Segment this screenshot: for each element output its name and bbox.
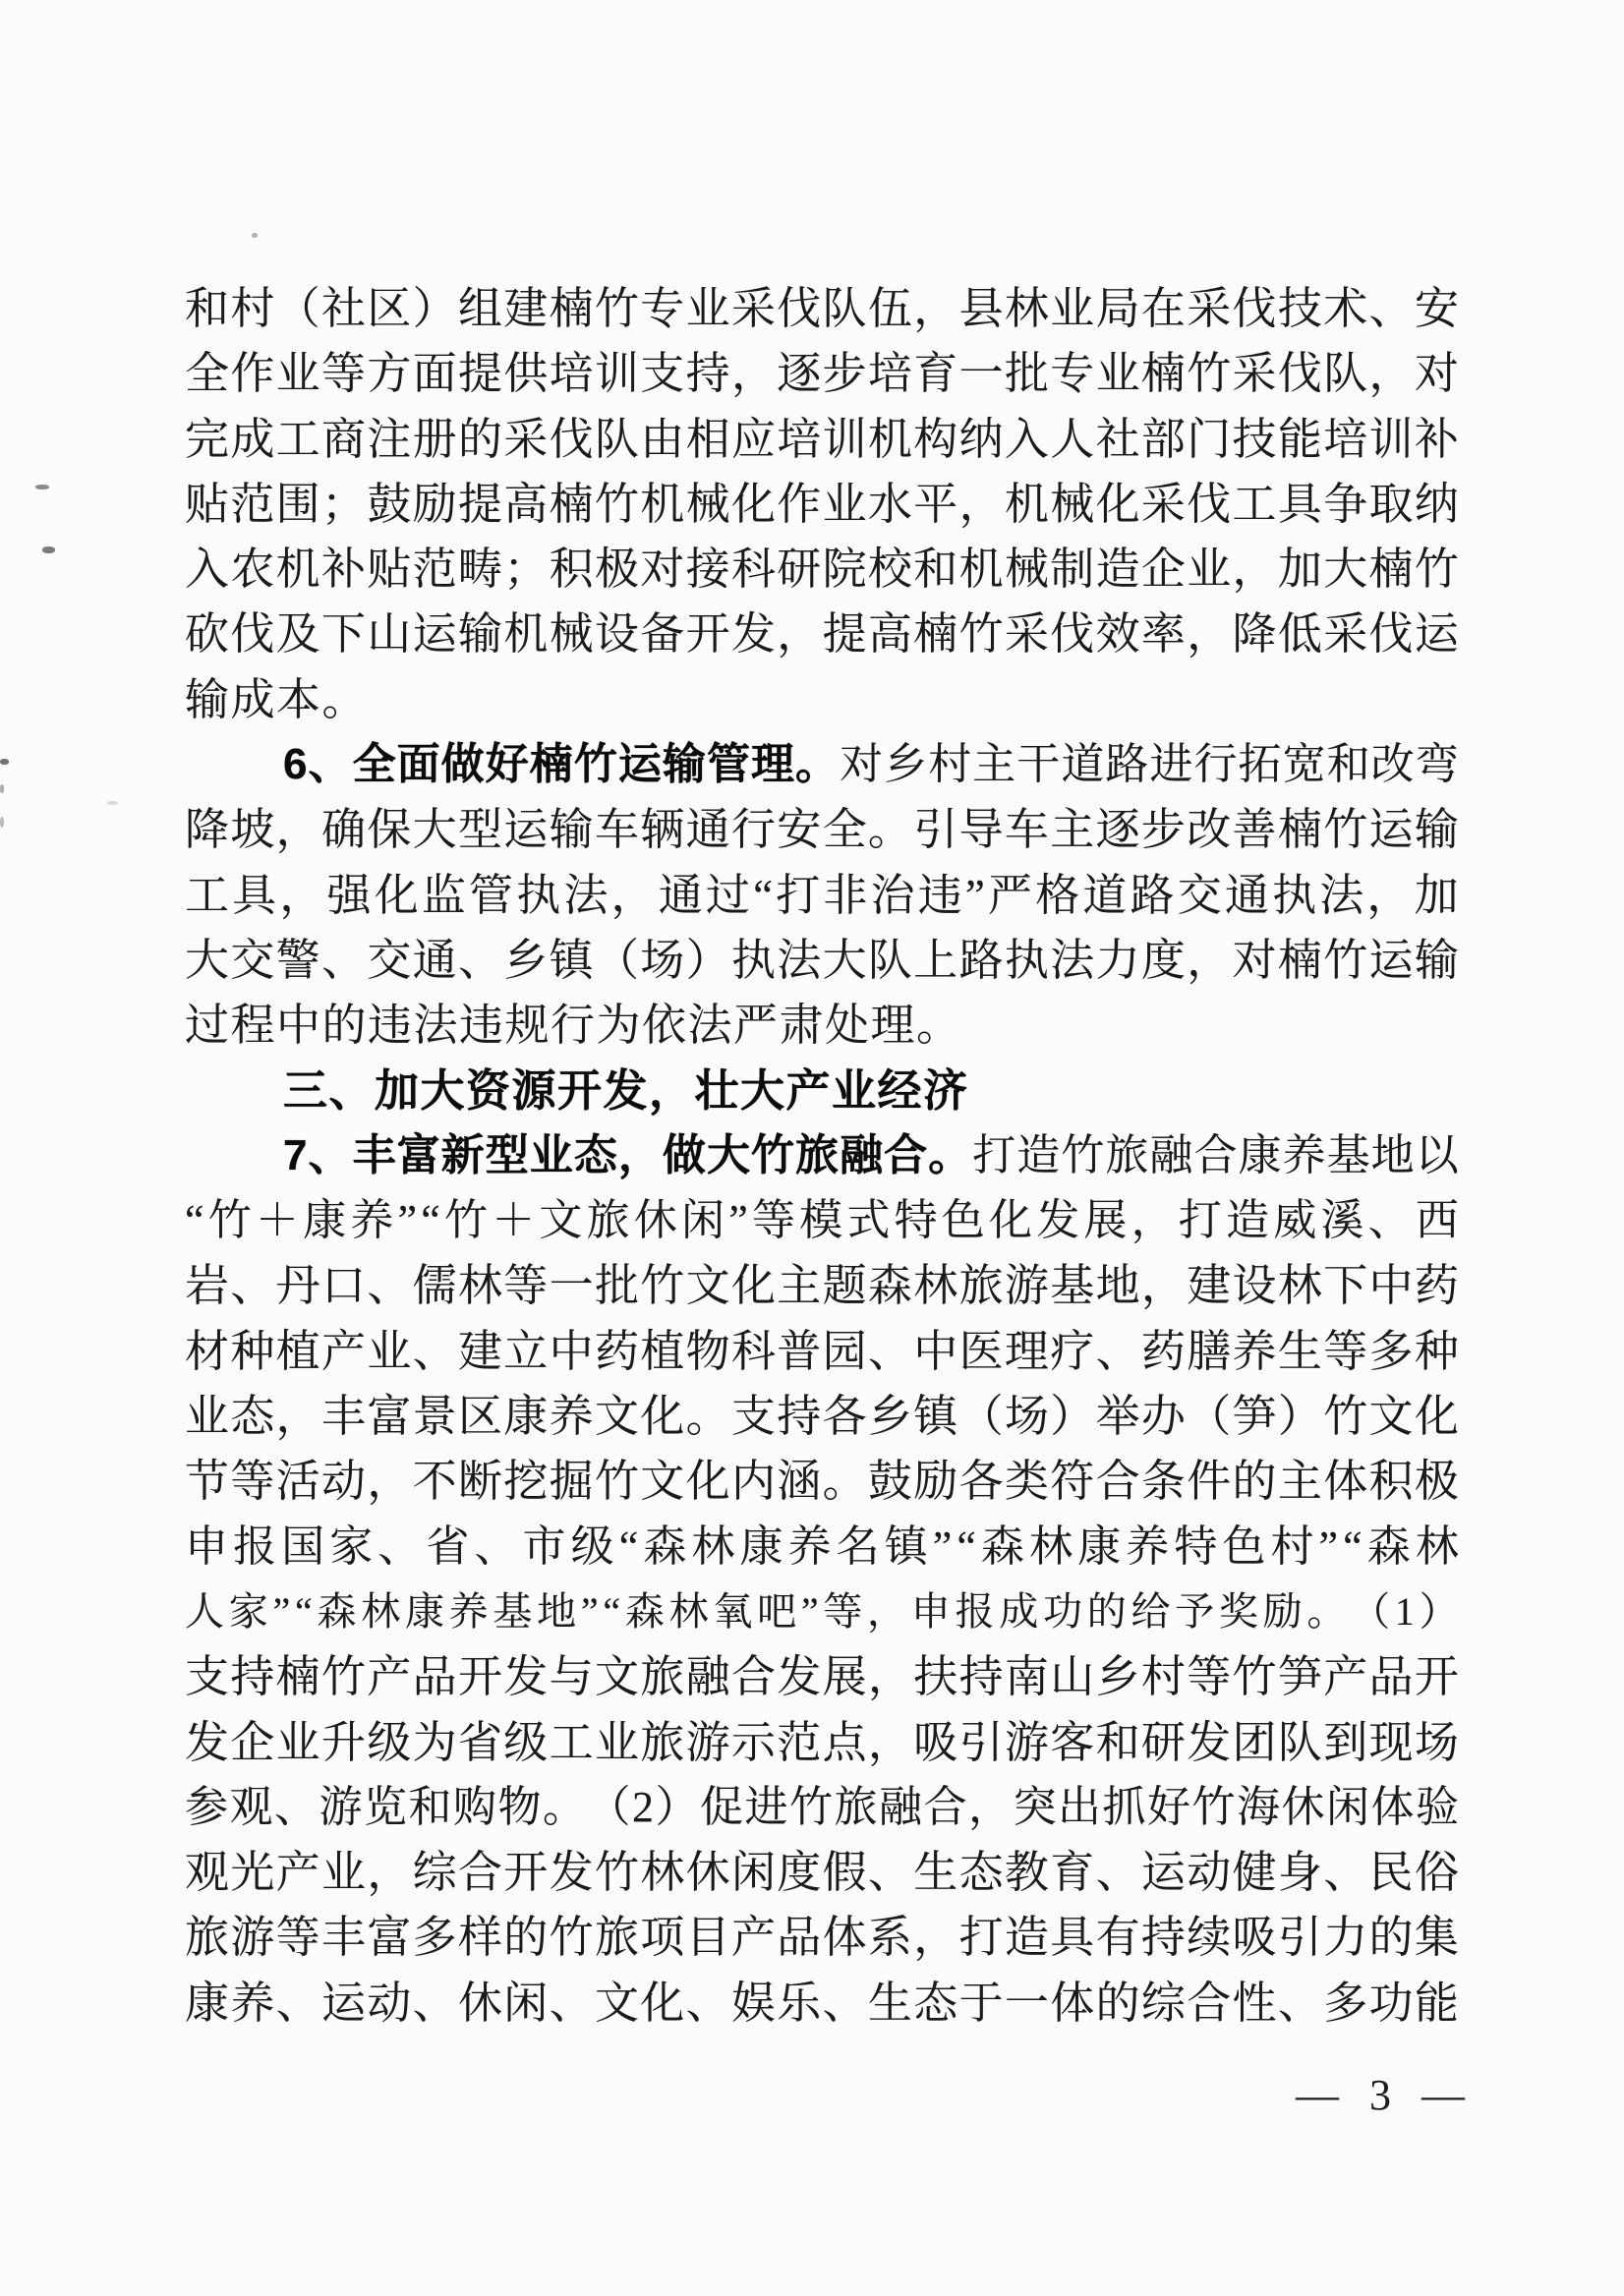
character: 队: [595, 407, 639, 472]
character: 农: [230, 537, 274, 602]
character: 开: [1415, 1644, 1459, 1709]
character: 竹: [959, 602, 1004, 666]
character: 加: [1415, 863, 1459, 928]
text-line: 人家”“森林康养基地”“森林氧吧”等，申报成功的给予奖励。（1）: [185, 1579, 1459, 1644]
character: ，: [279, 863, 323, 928]
character: 方: [367, 341, 411, 406]
character: 医: [959, 1319, 1004, 1384]
character: 设: [595, 602, 639, 666]
character: 具: [1050, 1905, 1094, 1970]
character: 步: [1141, 797, 1186, 862]
character: “: [957, 1515, 976, 1579]
character: 竹: [321, 1644, 366, 1709]
character: 竹: [1323, 928, 1367, 993]
character: 生: [913, 1840, 957, 1905]
character: 等: [1187, 1644, 1231, 1709]
character: ，: [959, 472, 1004, 537]
character: 运: [321, 1971, 366, 2036]
text-line: 入农机补贴范畴；积极对接科研院校和机械制造企业，加大楠竹: [185, 537, 1459, 602]
character: 械: [1005, 537, 1049, 602]
character: 专: [1050, 341, 1094, 406]
character: 范: [413, 537, 457, 602]
character: 高: [868, 602, 912, 666]
character: 级: [503, 1710, 548, 1775]
character: 化: [640, 1384, 684, 1449]
character: 一: [959, 341, 1004, 406]
character: 降: [1233, 602, 1277, 666]
character: 观: [185, 1840, 229, 1905]
document-body: 和村（社区）组建楠竹专业采伐队伍，县林业局在采伐技术、安全作业等方面提供培训支持…: [185, 276, 1459, 2036]
character: 家: [229, 1579, 268, 1644]
character: 。: [686, 1384, 730, 1449]
character: 游: [686, 1710, 730, 1775]
character: 采: [1233, 341, 1277, 406]
character: 业: [1050, 276, 1094, 341]
text-line: 降坡，确保大型运输车辆通行安全。引导车主逐步改善楠竹运输: [185, 797, 1459, 862]
character: 样: [458, 1905, 502, 1970]
character: 等: [230, 1449, 274, 1514]
character: 持: [1141, 1905, 1186, 1970]
character: 林: [669, 1579, 709, 1644]
character: 、: [230, 1253, 274, 1318]
character: 竹: [595, 1840, 639, 1905]
character: 输: [1415, 797, 1459, 862]
character: 养: [1126, 1515, 1169, 1579]
character: 竹: [1323, 1384, 1367, 1449]
character: 造: [1005, 1905, 1049, 1970]
character: 和: [185, 276, 229, 341]
character: 竹: [444, 1188, 488, 1253]
character: 文: [1369, 1384, 1414, 1449]
character: 县: [959, 276, 1004, 341]
bold-text-segment: 三、加大资源开发，壮大产业经济: [283, 1065, 969, 1116]
character: 笋: [1233, 1384, 1277, 1449]
character: 观: [230, 1775, 273, 1840]
character: 申: [185, 1515, 228, 1579]
character: 内: [731, 1449, 776, 1514]
character: 持: [686, 341, 730, 406]
character: 法: [777, 928, 821, 993]
character: 色: [1222, 1515, 1265, 1579]
character: 格: [1035, 863, 1079, 928]
character: 、: [413, 1971, 457, 2036]
character: 通: [659, 863, 703, 928]
character: 畴: [458, 537, 502, 602]
character: 严: [988, 863, 1032, 928]
bold-character: 管: [707, 732, 750, 797]
character: 院: [823, 537, 867, 602]
character: 1: [1395, 1579, 1415, 1644]
character: 团: [1233, 1710, 1277, 1775]
character: 题: [823, 1253, 867, 1318]
character: 客: [1050, 1710, 1094, 1775]
character: 机: [959, 537, 1004, 602]
character: 、: [474, 1515, 517, 1579]
character: 吸: [913, 1710, 957, 1775]
text-line: 砍伐及下山运输机械设备开发，提高楠竹采伐效率，降低采伐运: [185, 602, 1459, 666]
character: 多: [413, 1905, 457, 1970]
character: 不: [413, 1449, 457, 1514]
character: 由: [640, 407, 684, 472]
text-line: 完成工商注册的采伐队由相应培训机构纳入人社部门技能培训补: [185, 407, 1459, 472]
character: 育: [913, 341, 957, 406]
character: 森: [643, 1515, 686, 1579]
scan-speck: [0, 759, 9, 765]
character: 鼓: [868, 1449, 912, 1514]
character: 伐: [550, 407, 594, 472]
bold-character: 合: [884, 1123, 927, 1188]
character: 特: [895, 1188, 938, 1253]
character: 发: [777, 1644, 821, 1709]
character: 品: [1369, 1644, 1414, 1709]
character: 械: [1050, 472, 1094, 537]
character: 动: [1187, 1840, 1231, 1905]
character: （: [1351, 1579, 1390, 1644]
character: 闲: [731, 1840, 776, 1905]
character: 休: [458, 1971, 502, 2036]
character: 奖: [1219, 1579, 1258, 1644]
character: 吧: [757, 1579, 796, 1644]
text-line: 节等活动，不断挖掘竹文化内涵。鼓励各类符合条件的主体积极: [185, 1449, 1459, 1514]
character: 工: [550, 1710, 594, 1775]
character: 化: [731, 1253, 776, 1318]
character: 、: [458, 928, 502, 993]
character: 有: [1096, 1905, 1140, 1970]
character: 善: [1233, 797, 1277, 862]
scanned-document-page: 和村（社区）组建楠竹专业采伐队伍，县林业局在采伐技术、安全作业等方面提供培训支持…: [0, 0, 1624, 2296]
character: 森: [317, 1579, 356, 1644]
character: 场: [1415, 1710, 1459, 1775]
character: 为: [413, 1710, 457, 1775]
character: 、: [377, 1515, 421, 1579]
character: 竹: [1192, 1775, 1236, 1840]
character: 培: [1323, 407, 1367, 472]
character: 的: [1233, 1449, 1277, 1514]
character: 乡: [868, 1384, 912, 1449]
character: 生: [1278, 1319, 1322, 1384]
character: 率: [1141, 602, 1186, 666]
character: 口: [321, 1253, 366, 1318]
character: 等: [1323, 1319, 1367, 1384]
character: 改: [1371, 732, 1415, 797]
character: 伐: [1050, 602, 1094, 666]
character: 丹: [276, 1253, 320, 1318]
character: 研: [777, 537, 821, 602]
character: 贴: [185, 472, 229, 537]
character: 林: [458, 1253, 502, 1318]
character: 基: [493, 1579, 532, 1644]
character: 下: [321, 602, 366, 666]
character: 车: [1005, 797, 1049, 862]
character: 备: [640, 602, 684, 666]
character: 范: [777, 1710, 821, 1775]
character: ”: [933, 1515, 953, 1579]
character: 全: [823, 797, 867, 862]
character: 册: [413, 407, 457, 472]
character: 干: [1016, 732, 1060, 797]
character: 基: [1050, 1253, 1094, 1318]
character: 融: [1149, 1123, 1192, 1188]
character: 竹: [1323, 797, 1367, 862]
text-line: 6、全面做好楠竹运输管理。对乡村主干道路进行拓宽和改弯: [185, 732, 1459, 797]
character: 地: [1371, 1123, 1415, 1188]
character: 能: [1415, 1971, 1459, 2036]
character: 国: [281, 1515, 324, 1579]
character: 康: [1239, 1123, 1282, 1188]
character: 楠: [1278, 797, 1322, 862]
character: 特: [1174, 1515, 1217, 1579]
character: ，: [868, 1710, 912, 1775]
character: 升: [321, 1710, 366, 1775]
character: 持: [959, 1644, 1004, 1709]
character: 出: [1058, 1775, 1101, 1840]
bold-character: 。: [795, 732, 839, 797]
character: 采: [1323, 602, 1367, 666]
character: 入: [1005, 407, 1049, 472]
character: 功: [1369, 1971, 1414, 2036]
character: 村: [928, 732, 971, 797]
character: 、: [321, 928, 366, 993]
character: 合: [731, 1644, 776, 1709]
character: 楠: [1141, 341, 1186, 406]
character: 法: [1050, 928, 1094, 993]
character: 膳: [1187, 1319, 1231, 1384]
character: 化: [1096, 472, 1140, 537]
character: 旅: [640, 1710, 684, 1775]
character: 争: [1323, 472, 1367, 537]
character: 镇: [913, 1384, 957, 1449]
character: 示: [731, 1710, 776, 1775]
character: 伐: [1187, 472, 1231, 537]
character: 业: [823, 472, 867, 537]
text-line: 参观、游览和购物。（2）促进竹旅融合，突出抓好竹海休闲体验: [185, 1775, 1459, 1840]
character: 鼓: [367, 472, 411, 537]
character: 研: [1141, 1710, 1186, 1775]
character: 拓: [1239, 732, 1282, 797]
scan-speck: [0, 817, 4, 828]
character: 伐: [1369, 602, 1414, 666]
character: 林: [1005, 276, 1049, 341]
character: 一: [550, 1253, 594, 1318]
character: 业: [185, 1384, 229, 1449]
character: 中: [1369, 1253, 1414, 1318]
character: 基: [1327, 1123, 1370, 1188]
character: 2: [632, 1775, 654, 1840]
character: 纳: [1415, 472, 1459, 537]
character: 伐: [1278, 341, 1322, 406]
character: 大: [413, 797, 457, 862]
bold-character: ，: [618, 1123, 662, 1188]
character: 药: [595, 1319, 639, 1384]
character: 植: [640, 1319, 684, 1384]
character: 竹: [595, 1449, 639, 1514]
character: 化: [1415, 1384, 1459, 1449]
character: 身: [1278, 1840, 1322, 1905]
character: 康: [405, 1579, 444, 1644]
character: 大: [1323, 537, 1367, 602]
character: 作: [777, 472, 821, 537]
character: ”: [1319, 1515, 1339, 1579]
character: 对: [640, 537, 684, 602]
character: 培: [550, 341, 594, 406]
character: 具: [232, 863, 276, 928]
character: ，: [1233, 537, 1277, 602]
character: 养: [449, 1579, 489, 1644]
character: 改: [1187, 797, 1231, 862]
character: 监: [422, 863, 466, 928]
character: 队: [1278, 1710, 1322, 1775]
bold-character: 做: [663, 1123, 706, 1188]
character: 全: [185, 341, 229, 406]
character: ”: [965, 863, 985, 928]
character: 非: [823, 863, 867, 928]
bold-character: 旅: [795, 1123, 839, 1188]
character: 游: [1005, 1253, 1049, 1318]
character: ；: [503, 537, 548, 602]
character: 品: [413, 1644, 457, 1709]
character: 低: [1278, 602, 1322, 666]
character: 森: [981, 1515, 1024, 1579]
character: 运: [1369, 797, 1414, 862]
character: 对: [1415, 341, 1459, 406]
character: ，: [1141, 1253, 1186, 1318]
character: 民: [1369, 1840, 1414, 1905]
character: 各: [823, 1384, 867, 1449]
character: 动: [367, 1971, 411, 2036]
character: 物: [686, 1319, 730, 1384]
character: 化: [375, 863, 419, 928]
text-line: “竹＋康养”“竹＋文旅休闲”等模式特色化发展，打造威溪、西: [185, 1188, 1459, 1253]
text-line: 大交警、交通、乡镇（场）执法大队上路执法力度，对楠竹运输: [185, 928, 1459, 993]
character: 闲: [1326, 1775, 1369, 1840]
character: ，: [367, 1840, 411, 1905]
character: 度: [777, 1840, 821, 1905]
scan-speck: [42, 546, 55, 553]
character: 省: [458, 1710, 502, 1775]
character: 应: [731, 407, 776, 472]
character: 疗: [1050, 1319, 1094, 1384]
character: 、: [367, 1253, 411, 1318]
character: 楠: [1369, 537, 1414, 602]
character: 治: [871, 863, 915, 928]
character: 发: [185, 1710, 229, 1775]
character: ，: [868, 1644, 912, 1709]
character: 社: [1096, 407, 1140, 472]
character: 上: [913, 928, 957, 993]
character: 训: [1369, 407, 1414, 472]
character: 通: [686, 797, 730, 862]
character: 丰: [321, 1384, 366, 1449]
character: 生: [868, 1971, 912, 2036]
character: 性: [1233, 1971, 1277, 2036]
character: 假: [823, 1840, 867, 1905]
bold-character: 融: [840, 1123, 883, 1188]
character: 、: [1096, 1840, 1140, 1905]
character: “: [619, 1515, 639, 1579]
character: 品: [777, 1905, 821, 1970]
text-line: 过程中的违法违规行为依法严肃处理。: [185, 993, 1459, 1058]
character: 伐: [1233, 276, 1277, 341]
character: 产: [321, 1319, 366, 1384]
character: 高: [503, 472, 548, 537]
character: 模: [799, 1188, 842, 1253]
character: 积: [1369, 1449, 1414, 1514]
character: 、: [868, 1319, 912, 1384]
character: 打: [972, 1123, 1015, 1188]
character: 采: [731, 276, 776, 341]
character: 和: [913, 537, 957, 602]
character: 科: [731, 537, 776, 602]
character: 态: [230, 1384, 274, 1449]
character: 集: [1415, 1905, 1459, 1970]
character: （: [595, 928, 639, 993]
character: 成: [999, 1579, 1038, 1644]
character: ，: [968, 1775, 1012, 1840]
character: 种: [1415, 1319, 1459, 1384]
character: 中: [550, 1319, 594, 1384]
bold-character: 新: [441, 1123, 485, 1188]
character: 组: [458, 276, 502, 341]
character: 合: [924, 1775, 967, 1840]
character: 伍: [868, 276, 912, 341]
character: 与: [550, 1644, 594, 1709]
character: 综: [1141, 1971, 1186, 2036]
character: ，: [611, 863, 656, 928]
text-line: 工具，强化监管执法，通过“打非治违”严格道路交通执法，加: [185, 863, 1459, 928]
character: 融: [879, 1775, 922, 1840]
character: 普: [777, 1319, 821, 1384]
character: 合: [458, 1840, 502, 1905]
character: 业: [321, 1840, 366, 1905]
character: 养: [788, 1515, 832, 1579]
character: 林: [691, 1515, 734, 1579]
text-line: 和村（社区）组建楠竹专业采伐队伍，县林业局在采伐技术、安: [185, 276, 1459, 341]
character: 车: [595, 797, 639, 862]
character: 、: [1278, 1971, 1322, 2036]
character: 。: [868, 797, 912, 862]
character: 励: [1263, 1579, 1303, 1644]
character: 动: [321, 1449, 366, 1514]
character: ，: [276, 1384, 320, 1449]
character: 岩: [185, 1253, 229, 1318]
character: 旅: [1105, 1123, 1148, 1188]
bold-character: 竹: [574, 732, 617, 797]
character: 管: [469, 863, 513, 928]
character: 安: [777, 797, 821, 862]
bold-character: 理: [751, 732, 794, 797]
character: 给: [1131, 1579, 1170, 1644]
character: 导: [959, 797, 1004, 862]
character: 进: [745, 1775, 788, 1840]
character: 积: [550, 537, 594, 602]
character: 多: [1323, 1971, 1367, 2036]
character: 抓: [1103, 1775, 1146, 1840]
character: 支: [731, 1384, 776, 1449]
character: 技: [1233, 407, 1277, 472]
character: 的: [1087, 1579, 1127, 1644]
character: 等: [752, 1188, 795, 1253]
character: 批: [1005, 341, 1049, 406]
character: 范: [230, 472, 274, 537]
character: 乡: [1096, 1644, 1140, 1709]
character: 能: [1278, 407, 1322, 472]
character: 砍: [185, 602, 229, 666]
character: 路: [959, 928, 1004, 993]
character: 道: [1061, 732, 1104, 797]
text-line: 材种植产业、建立中药植物科普园、中医理疗、药膳养生等多种: [185, 1319, 1459, 1384]
text-line: 发企业升级为省级工业旅游示范点，吸引游客和研发团队到现场: [185, 1710, 1459, 1775]
character: 旅: [595, 1905, 639, 1970]
